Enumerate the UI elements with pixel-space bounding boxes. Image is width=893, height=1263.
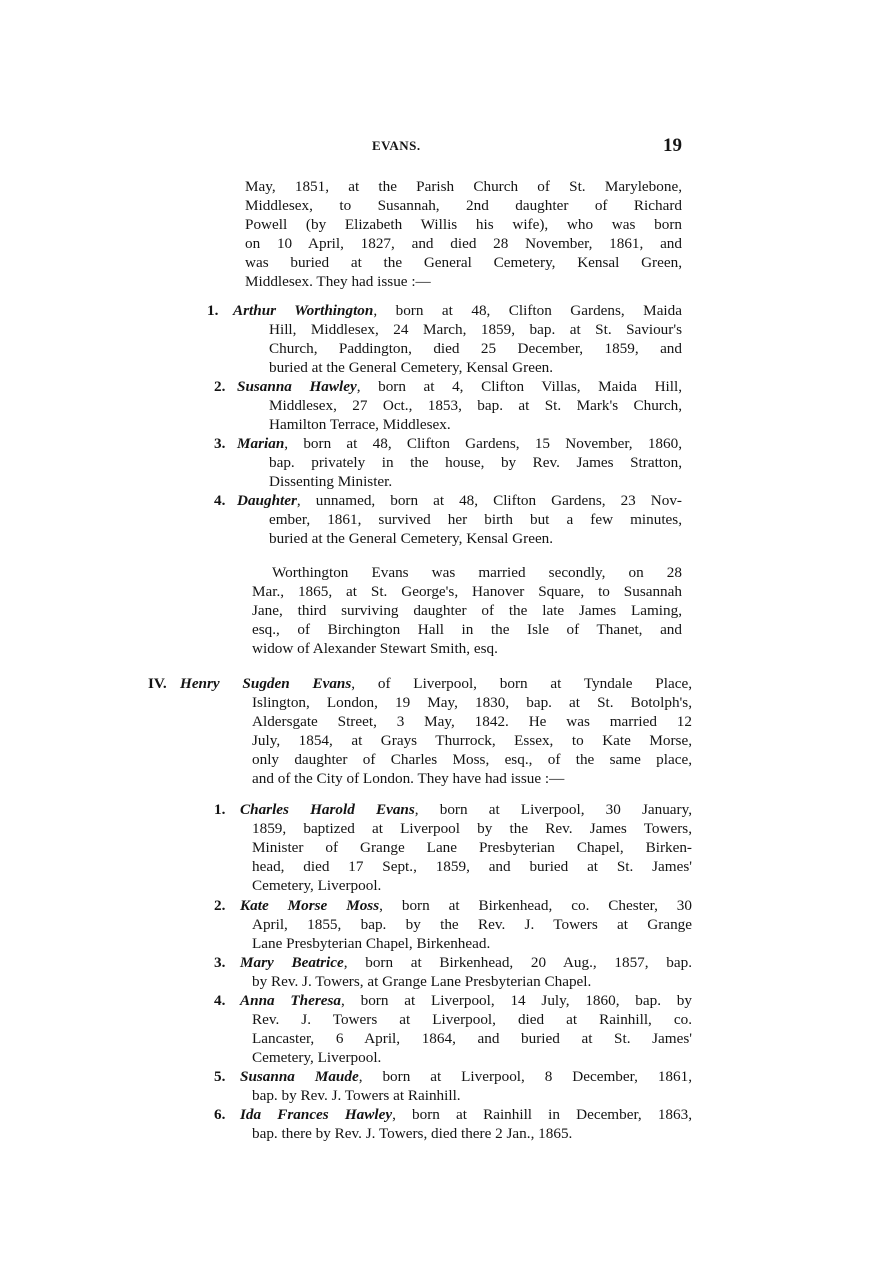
- text-line: Cemetery, Liverpool.: [252, 1048, 692, 1067]
- person-name: Arthur Worthington: [233, 302, 373, 319]
- running-head: EVANS. 19: [245, 135, 682, 157]
- text-line: Church, Paddington, died 25 December, 18…: [269, 339, 682, 358]
- text-line: Anna Theresa, born at Liverpool, 14 July…: [240, 991, 692, 1010]
- text-line: Jane, third surviving daughter of the la…: [252, 601, 682, 620]
- text-line: Middlesex. They had issue :—: [245, 272, 682, 291]
- entry-number: 4.: [214, 491, 225, 510]
- text-line: bap. there by Rev. J. Towers, died there…: [252, 1124, 692, 1143]
- person-name: Mary Beatrice: [240, 954, 344, 971]
- text-line: Middlesex, to Susannah, 2nd daughter of …: [245, 196, 682, 215]
- entry-number: 1.: [207, 301, 218, 320]
- running-title: EVANS.: [372, 138, 421, 154]
- issue-entry-2: 2. Susanna Hawley, born at 4, Clifton Vi…: [214, 377, 682, 434]
- text-line: by Rev. J. Towers, at Grange Lane Presby…: [252, 972, 692, 991]
- issue-entry-iv-4: 4. Anna Theresa, born at Liverpool, 14 J…: [214, 991, 692, 1067]
- text-line: Lancaster, 6 April, 1864, and buried at …: [252, 1029, 692, 1048]
- text-line: Minister of Grange Lane Presbyterian Cha…: [252, 838, 692, 857]
- text-line: July, 1854, at Grays Thurrock, Essex, to…: [252, 731, 692, 750]
- text-line: widow of Alexander Stewart Smith, esq.: [252, 639, 682, 658]
- text-line: Daughter, unnamed, born at 48, Clifton G…: [237, 491, 682, 510]
- text-line: Worthington Evans was married secondly, …: [252, 563, 682, 582]
- document-page: EVANS. 19 May, 1851, at the Parish Churc…: [0, 0, 893, 1263]
- text-line: Arthur Worthington, born at 48, Clifton …: [233, 301, 682, 320]
- text-line: Hamilton Terrace, Middlesex.: [269, 415, 682, 434]
- text-line: 1859, baptized at Liverpool by the Rev. …: [252, 819, 692, 838]
- issue-entry-3: 3. Marian, born at 48, Clifton Gardens, …: [214, 434, 682, 491]
- text-line: Kate Morse Moss, born at Birkenhead, co.…: [240, 896, 692, 915]
- person-name: Susanna Maude: [240, 1068, 359, 1085]
- text-line: April, 1855, bap. by the Rev. J. Towers …: [252, 915, 692, 934]
- person-name: Anna Theresa: [240, 992, 341, 1009]
- text-line: Susanna Hawley, born at 4, Clifton Villa…: [237, 377, 682, 396]
- issue-entry-1: 1. Arthur Worthington, born at 48, Clift…: [207, 301, 682, 377]
- section-iv-entry: IV. Henry Sugden Evans, of Liverpool, bo…: [148, 674, 692, 789]
- issue-entry-iv-5: 5. Susanna Maude, born at Liverpool, 8 D…: [214, 1067, 692, 1105]
- intro-paragraph: May, 1851, at the Parish Church of St. M…: [245, 177, 682, 292]
- text-line: Hill, Middlesex, 24 March, 1859, bap. at…: [269, 320, 682, 339]
- text-line: buried at the General Cemetery, Kensal G…: [269, 529, 682, 548]
- text-line: on 10 April, 1827, and died 28 November,…: [245, 234, 682, 253]
- text-line: Henry Sugden Evans, of Liverpool, born a…: [180, 674, 692, 693]
- second-marriage-paragraph: Worthington Evans was married secondly, …: [252, 563, 682, 658]
- text-line: Aldersgate Street, 3 May, 1842. He was m…: [252, 712, 692, 731]
- entry-number: 3.: [214, 953, 225, 972]
- text-line: Dissenting Minister.: [269, 472, 682, 491]
- entry-number: 1.: [214, 800, 225, 819]
- entry-number: 2.: [214, 896, 225, 915]
- person-name: Ida Frances Hawley: [240, 1106, 392, 1123]
- text-line: Mar., 1865, at St. George's, Hanover Squ…: [252, 582, 682, 601]
- text-line: Mary Beatrice, born at Birkenhead, 20 Au…: [240, 953, 692, 972]
- text-line: Lane Presbyterian Chapel, Birkenhead.: [252, 934, 692, 953]
- issue-entry-4: 4. Daughter, unnamed, born at 48, Clifto…: [214, 491, 682, 548]
- text-line: Susanna Maude, born at Liverpool, 8 Dece…: [240, 1067, 692, 1086]
- text-line: May, 1851, at the Parish Church of St. M…: [245, 177, 682, 196]
- text-line: Rev. J. Towers at Liverpool, died at Rai…: [252, 1010, 692, 1029]
- section-numeral: IV.: [148, 674, 167, 693]
- entry-number: 3.: [214, 434, 225, 453]
- page-number: 19: [663, 135, 682, 157]
- text-line: Powell (by Elizabeth Willis his wife), w…: [245, 215, 682, 234]
- text-line: Ida Frances Hawley, born at Rainhill in …: [240, 1105, 692, 1124]
- text-line: Cemetery, Liverpool.: [252, 876, 692, 895]
- text-line: only daughter of Charles Moss, esq., of …: [252, 750, 692, 769]
- entry-number: 2.: [214, 377, 225, 396]
- entry-number: 5.: [214, 1067, 225, 1086]
- text-line: Charles Harold Evans, born at Liverpool,…: [240, 800, 692, 819]
- person-name: Susanna Hawley: [237, 378, 357, 395]
- text-line: and of the City of London. They have had…: [252, 769, 692, 788]
- person-name: Henry Sugden Evans: [180, 675, 351, 692]
- text-line: ember, 1861, survived her birth but a fe…: [269, 510, 682, 529]
- text-line: buried at the General Cemetery, Kensal G…: [269, 358, 682, 377]
- issue-entry-iv-1: 1. Charles Harold Evans, born at Liverpo…: [214, 800, 692, 895]
- text-line: bap. privately in the house, by Rev. Jam…: [269, 453, 682, 472]
- text-line: Islington, London, 19 May, 1830, bap. at…: [252, 693, 692, 712]
- text-line: Middlesex, 27 Oct., 1853, bap. at St. Ma…: [269, 396, 682, 415]
- person-name: Marian: [237, 435, 284, 452]
- issue-entry-iv-3: 3. Mary Beatrice, born at Birkenhead, 20…: [214, 953, 692, 991]
- issue-entry-iv-6: 6. Ida Frances Hawley, born at Rainhill …: [214, 1105, 692, 1143]
- person-name: Charles Harold Evans: [240, 801, 415, 818]
- issue-entry-iv-2: 2. Kate Morse Moss, born at Birkenhead, …: [214, 896, 692, 953]
- text-line: head, died 17 Sept., 1859, and buried at…: [252, 857, 692, 876]
- person-name: Daughter: [237, 492, 297, 509]
- text-line: Marian, born at 48, Clifton Gardens, 15 …: [237, 434, 682, 453]
- entry-number: 6.: [214, 1105, 225, 1124]
- entry-number: 4.: [214, 991, 225, 1010]
- text-line: was buried at the General Cemetery, Kens…: [245, 253, 682, 272]
- text-line: esq., of Birchington Hall in the Isle of…: [252, 620, 682, 639]
- person-name: Kate Morse Moss: [240, 897, 379, 914]
- text-line: bap. by Rev. J. Towers at Rainhill.: [252, 1086, 692, 1105]
